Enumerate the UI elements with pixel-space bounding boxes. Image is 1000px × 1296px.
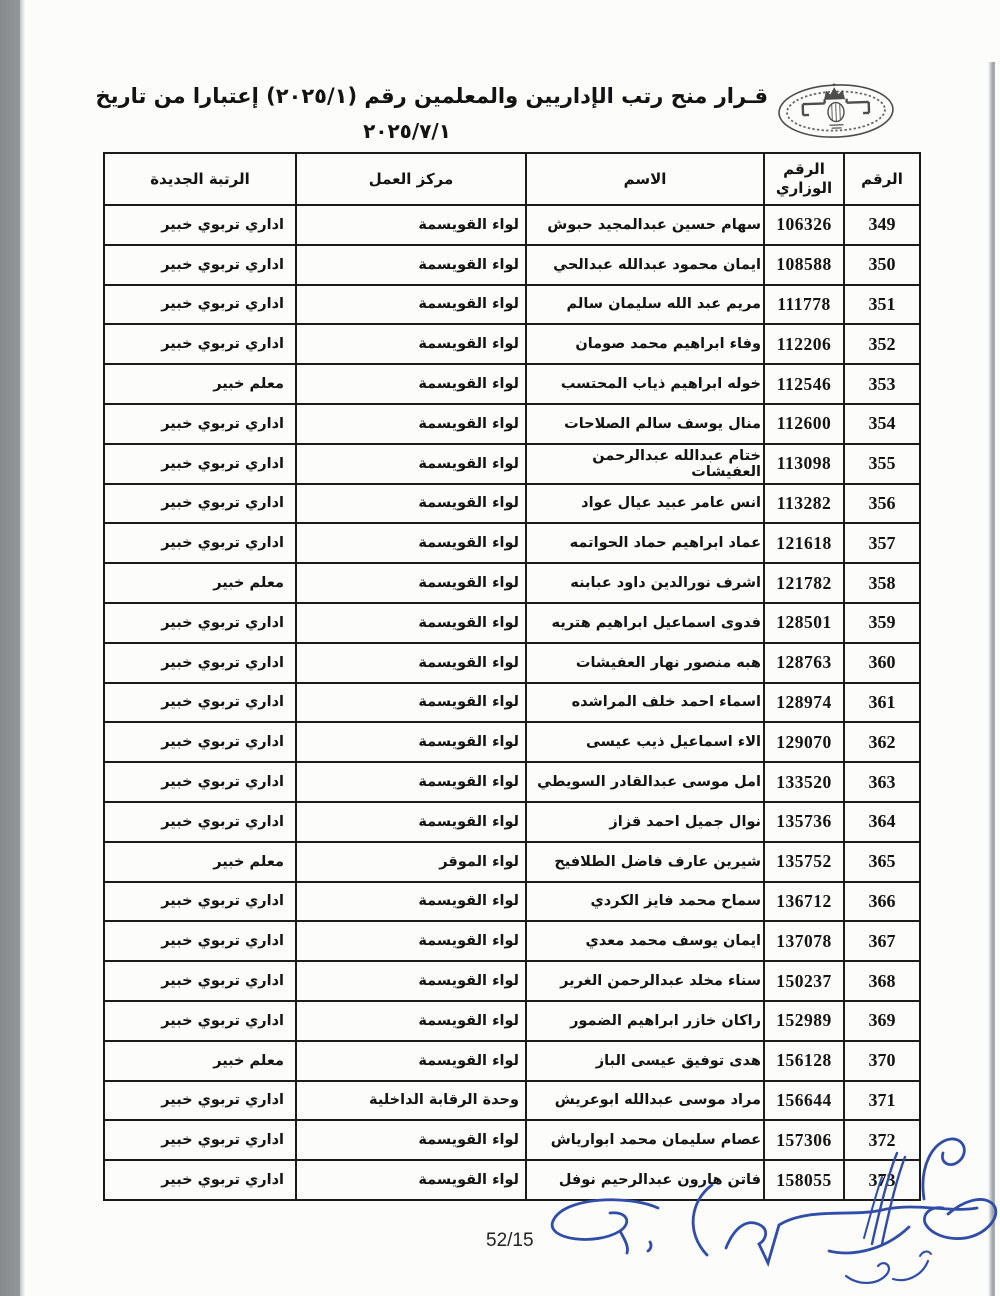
cell-new-rank: اداري تربوي خبير — [104, 245, 296, 285]
table-row: 355 113098 ختام عبدالله عبدالرحمن العفيش… — [104, 444, 920, 484]
table-row: 351 111778 مريم عبد الله سليمان سالم لوا… — [104, 285, 920, 325]
cell-no: 359 — [844, 603, 920, 643]
cell-ministry-no: 111778 — [764, 285, 844, 325]
cell-work-center: لواء القويسمة — [296, 643, 526, 683]
cell-no: 370 — [844, 1041, 920, 1081]
table-row: 359 128501 فدوى اسماعيل ابراهيم هتريه لو… — [104, 603, 920, 643]
cell-name: راكان خازر ابراهيم الضمور — [526, 1001, 764, 1041]
cell-no: 365 — [844, 842, 920, 882]
cell-work-center: لواء القويسمة — [296, 285, 526, 325]
table-row: 367 137078 ايمان يوسف محمد معدي لواء الق… — [104, 921, 920, 961]
cell-ministry-no: 150237 — [764, 961, 844, 1001]
cell-ministry-no: 156644 — [764, 1081, 844, 1121]
cell-no: 353 — [844, 364, 920, 404]
cell-new-rank: اداري تربوي خبير — [104, 404, 296, 444]
cell-new-rank: اداري تربوي خبير — [104, 444, 296, 484]
cell-no: 351 — [844, 285, 920, 325]
cell-name: ختام عبدالله عبدالرحمن العفيشات — [526, 444, 764, 484]
cell-new-rank: اداري تربوي خبير — [104, 484, 296, 524]
cell-name: ايمان يوسف محمد معدي — [526, 921, 764, 961]
cell-ministry-no: 135752 — [764, 842, 844, 882]
cell-name: سماح محمد فايز الكردي — [526, 882, 764, 922]
table-row: 373 158055 فاتن هارون عبدالرحيم نوفل لوا… — [104, 1160, 920, 1200]
cell-no: 360 — [844, 643, 920, 683]
cell-new-rank: اداري تربوي خبير — [104, 722, 296, 762]
cell-name: امل موسى عبدالقادر السويطي — [526, 762, 764, 802]
cell-no: 349 — [844, 205, 920, 245]
table-row: 349 106326 سهام حسين عبدالمجيد حبوش لواء… — [104, 205, 920, 245]
ministry-seal-icon — [773, 82, 901, 142]
cell-name: عماد ابراهيم حماد الحواتمه — [526, 523, 764, 563]
cell-ministry-no: 113098 — [764, 444, 844, 484]
cell-new-rank: اداري تربوي خبير — [104, 1120, 296, 1160]
cell-ministry-no: 121618 — [764, 523, 844, 563]
cell-work-center: لواء القويسمة — [296, 444, 526, 484]
scan-right-edge — [988, 62, 995, 1296]
cell-name: الاء اسماعيل ذيب عيسى — [526, 722, 764, 762]
cell-work-center: لواء القويسمة — [296, 324, 526, 364]
cell-ministry-no: 158055 — [764, 1160, 844, 1200]
table-row: 350 108588 ايمان محمود عبدالله عبدالحي ل… — [104, 245, 920, 285]
cell-work-center: لواء القويسمة — [296, 205, 526, 245]
cell-new-rank: معلم خبير — [104, 364, 296, 404]
table-row: 362 129070 الاء اسماعيل ذيب عيسى لواء ال… — [104, 722, 920, 762]
table-body: 349 106326 سهام حسين عبدالمجيد حبوش لواء… — [104, 205, 920, 1200]
table-row: 352 112206 وفاء ابراهيم محمد صومان لواء … — [104, 324, 920, 364]
cell-ministry-no: 121782 — [764, 563, 844, 603]
cell-new-rank: معلم خبير — [104, 842, 296, 882]
cell-no: 355 — [844, 444, 920, 484]
cell-ministry-no: 135736 — [764, 802, 844, 842]
cell-work-center: لواء القويسمة — [296, 1041, 526, 1081]
cell-no: 369 — [844, 1001, 920, 1041]
cell-name: مراد موسى عبدالله ابوعريش — [526, 1081, 764, 1121]
cell-no: 350 — [844, 245, 920, 285]
cell-new-rank: اداري تربوي خبير — [104, 1081, 296, 1121]
cell-name: شيرين عارف فاضل الطلافيح — [526, 842, 764, 882]
table-row: 364 135736 نوال جميل احمد قزاز لواء القو… — [104, 802, 920, 842]
cell-no: 361 — [844, 683, 920, 723]
cell-new-rank: اداري تربوي خبير — [104, 643, 296, 683]
cell-work-center: لواء القويسمة — [296, 683, 526, 723]
document-title: قـرار منح رتب الإداريين والمعلمين رقم (٢… — [128, 84, 768, 108]
table-row: 368 150237 سناء مخلد عبدالرحمن الغرير لو… — [104, 961, 920, 1001]
cell-work-center: لواء القويسمة — [296, 1160, 526, 1200]
cell-ministry-no: 108588 — [764, 245, 844, 285]
cell-no: 354 — [844, 404, 920, 444]
cell-new-rank: اداري تربوي خبير — [104, 324, 296, 364]
cell-no: 362 — [844, 722, 920, 762]
cell-work-center: لواء الموقر — [296, 842, 526, 882]
cell-ministry-no: 133520 — [764, 762, 844, 802]
cell-ministry-no: 156128 — [764, 1041, 844, 1081]
cell-new-rank: اداري تربوي خبير — [104, 523, 296, 563]
cell-no: 356 — [844, 484, 920, 524]
table-row: 358 121782 اشرف نورالدين داود عبابنه لوا… — [104, 563, 920, 603]
ranks-table: الرقم الرقم الوزاري الاسم مركز العمل الر… — [103, 152, 921, 1201]
cell-new-rank: اداري تربوي خبير — [104, 1001, 296, 1041]
cell-no: 363 — [844, 762, 920, 802]
cell-no: 352 — [844, 324, 920, 364]
cell-work-center: لواء القويسمة — [296, 563, 526, 603]
cell-new-rank: اداري تربوي خبير — [104, 762, 296, 802]
cell-name: هدى توفيق عيسى الباز — [526, 1041, 764, 1081]
cell-name: نوال جميل احمد قزاز — [526, 802, 764, 842]
cell-name: سناء مخلد عبدالرحمن الغرير — [526, 961, 764, 1001]
cell-ministry-no: 128763 — [764, 643, 844, 683]
cell-ministry-no: 137078 — [764, 921, 844, 961]
cell-no: 368 — [844, 961, 920, 1001]
cell-new-rank: اداري تربوي خبير — [104, 603, 296, 643]
table-row: 370 156128 هدى توفيق عيسى الباز لواء الق… — [104, 1041, 920, 1081]
cell-name: اسماء احمد خلف المراشده — [526, 683, 764, 723]
cell-work-center: لواء القويسمة — [296, 404, 526, 444]
cell-ministry-no: 128501 — [764, 603, 844, 643]
cell-work-center: لواء القويسمة — [296, 523, 526, 563]
cell-work-center: لواء القويسمة — [296, 961, 526, 1001]
cell-ministry-no: 112546 — [764, 364, 844, 404]
cell-name: خوله ابراهيم ذياب المحتسب — [526, 364, 764, 404]
table-row: 366 136712 سماح محمد فايز الكردي لواء ال… — [104, 882, 920, 922]
cell-no: 357 — [844, 523, 920, 563]
header-ministry-no: الرقم الوزاري — [764, 153, 844, 205]
cell-ministry-no: 157306 — [764, 1120, 844, 1160]
cell-no: 373 — [844, 1160, 920, 1200]
scan-left-shadow — [20, 0, 25, 1296]
cell-ministry-no: 136712 — [764, 882, 844, 922]
cell-new-rank: اداري تربوي خبير — [104, 1160, 296, 1200]
cell-no: 364 — [844, 802, 920, 842]
cell-ministry-no: 113282 — [764, 484, 844, 524]
cell-work-center: لواء القويسمة — [296, 1001, 526, 1041]
cell-new-rank: اداري تربوي خبير — [104, 882, 296, 922]
cell-no: 371 — [844, 1081, 920, 1121]
cell-work-center: لواء القويسمة — [296, 245, 526, 285]
scan-left-edge — [0, 0, 20, 1296]
table-row: 357 121618 عماد ابراهيم حماد الحواتمه لو… — [104, 523, 920, 563]
cell-no: 372 — [844, 1120, 920, 1160]
cell-name: مريم عبد الله سليمان سالم — [526, 285, 764, 325]
cell-name: انس عامر عبيد عيال عواد — [526, 484, 764, 524]
cell-name: فاتن هارون عبدالرحيم نوفل — [526, 1160, 764, 1200]
cell-name: ايمان محمود عبدالله عبدالحي — [526, 245, 764, 285]
cell-ministry-no: 112600 — [764, 404, 844, 444]
cell-work-center: لواء القويسمة — [296, 722, 526, 762]
cell-new-rank: اداري تربوي خبير — [104, 921, 296, 961]
cell-work-center: لواء القويسمة — [296, 762, 526, 802]
table-row: 360 128763 هبه منصور نهار العفيشات لواء … — [104, 643, 920, 683]
header-name: الاسم — [526, 153, 764, 205]
cell-work-center: لواء القويسمة — [296, 882, 526, 922]
cell-new-rank: اداري تربوي خبير — [104, 802, 296, 842]
cell-name: اشرف نورالدين داود عبابنه — [526, 563, 764, 603]
cell-work-center: لواء القويسمة — [296, 1120, 526, 1160]
table-row: 354 112600 منال يوسف سالم الصلاحات لواء … — [104, 404, 920, 444]
cell-ministry-no: 112206 — [764, 324, 844, 364]
table-header-row: الرقم الرقم الوزاري الاسم مركز العمل الر… — [104, 153, 920, 205]
table-row: 353 112546 خوله ابراهيم ذياب المحتسب لوا… — [104, 364, 920, 404]
page-number: 52/15 — [486, 1230, 534, 1252]
header-no: الرقم — [844, 153, 920, 205]
cell-name: فدوى اسماعيل ابراهيم هتريه — [526, 603, 764, 643]
cell-work-center: لواء القويسمة — [296, 364, 526, 404]
cell-ministry-no: 152989 — [764, 1001, 844, 1041]
cell-name: وفاء ابراهيم محمد صومان — [526, 324, 764, 364]
cell-new-rank: معلم خبير — [104, 1041, 296, 1081]
table-row: 363 133520 امل موسى عبدالقادر السويطي لو… — [104, 762, 920, 802]
cell-ministry-no: 106326 — [764, 205, 844, 245]
cell-new-rank: اداري تربوي خبير — [104, 285, 296, 325]
table-row: 369 152989 راكان خازر ابراهيم الضمور لوا… — [104, 1001, 920, 1041]
table-row: 365 135752 شيرين عارف فاضل الطلافيح لواء… — [104, 842, 920, 882]
header-work-center: مركز العمل — [296, 153, 526, 205]
cell-work-center: لواء القويسمة — [296, 802, 526, 842]
cell-work-center: وحدة الرقابة الداخلية — [296, 1081, 526, 1121]
cell-no: 367 — [844, 921, 920, 961]
cell-work-center: لواء القويسمة — [296, 921, 526, 961]
cell-name: سهام حسين عبدالمجيد حبوش — [526, 205, 764, 245]
cell-name: منال يوسف سالم الصلاحات — [526, 404, 764, 444]
table-row: 371 156644 مراد موسى عبدالله ابوعريش وحد… — [104, 1081, 920, 1121]
table-row: 356 113282 انس عامر عبيد عيال عواد لواء … — [104, 484, 920, 524]
cell-name: هبه منصور نهار العفيشات — [526, 643, 764, 683]
table-row: 372 157306 عصام سليمان محمد ابوارياش لوا… — [104, 1120, 920, 1160]
header-new-rank: الرتبة الجديدة — [104, 153, 296, 205]
scanned-document-page: قـرار منح رتب الإداريين والمعلمين رقم (٢… — [0, 0, 1000, 1296]
cell-new-rank: اداري تربوي خبير — [104, 961, 296, 1001]
cell-ministry-no: 128974 — [764, 683, 844, 723]
cell-no: 358 — [844, 563, 920, 603]
cell-name: عصام سليمان محمد ابوارياش — [526, 1120, 764, 1160]
cell-new-rank: معلم خبير — [104, 563, 296, 603]
cell-no: 366 — [844, 882, 920, 922]
cell-ministry-no: 129070 — [764, 722, 844, 762]
document-title-date: ٢٠٢٥/٧/١ — [346, 119, 468, 143]
table-row: 361 128974 اسماء احمد خلف المراشده لواء … — [104, 683, 920, 723]
cell-new-rank: اداري تربوي خبير — [104, 205, 296, 245]
cell-work-center: لواء القويسمة — [296, 484, 526, 524]
cell-work-center: لواء القويسمة — [296, 603, 526, 643]
cell-new-rank: اداري تربوي خبير — [104, 683, 296, 723]
